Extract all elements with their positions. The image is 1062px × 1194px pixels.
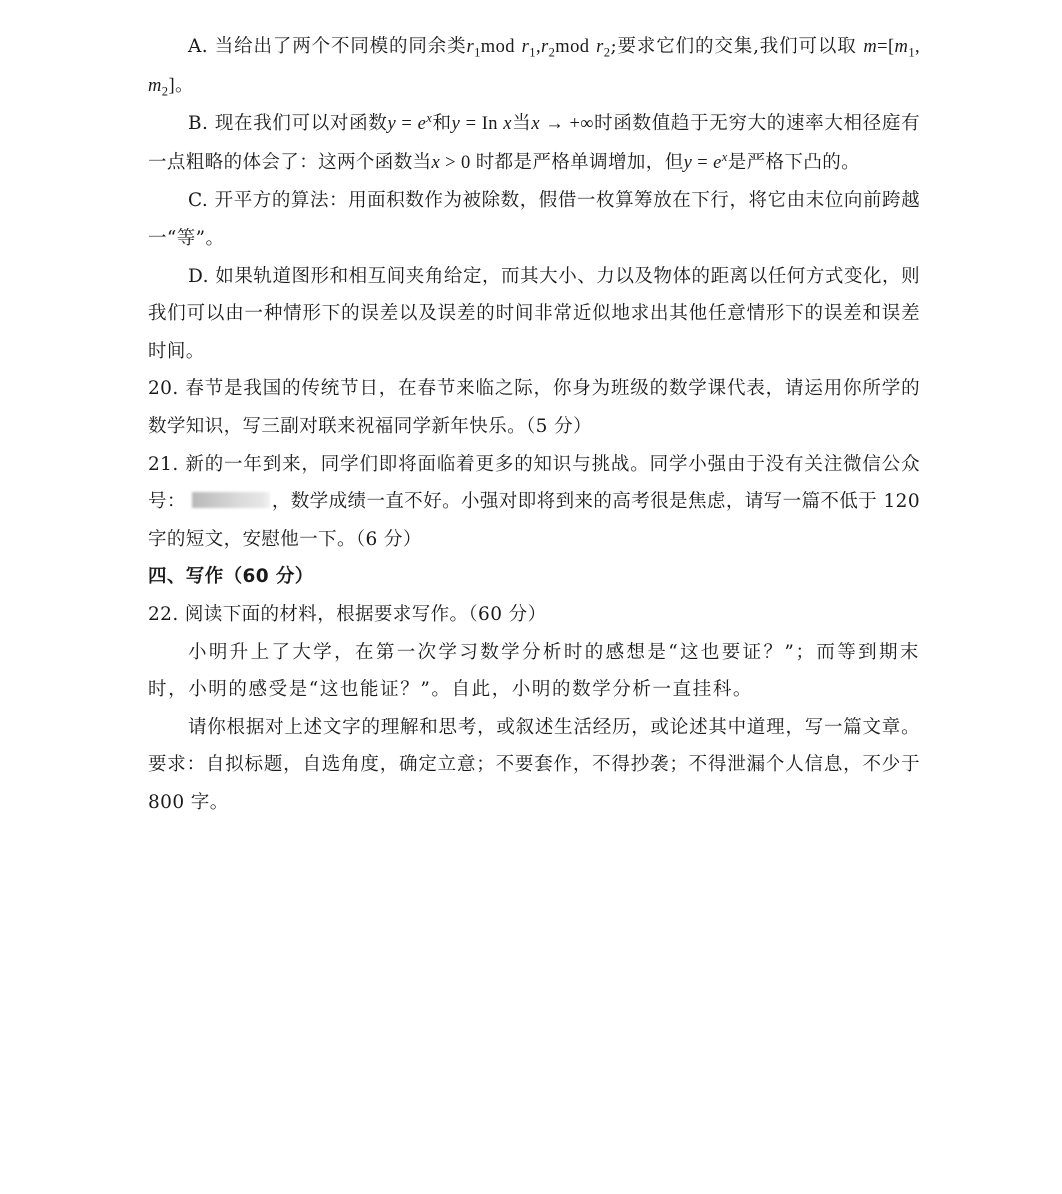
option-d-label: D. [188, 266, 209, 287]
math-x: x [503, 114, 512, 134]
math-sub: 1 [908, 46, 915, 60]
question-text: 阅读下面的材料，根据要求写作。（60 分） [185, 604, 547, 625]
option-c: C. 开平方的算法：用面积数作为被除数，假借一枚算筹放在下行，将它由末位向前跨越… [148, 182, 920, 257]
option-a-label: A. [188, 36, 208, 57]
math-mod: mod [481, 37, 515, 57]
math-eq: =[ [877, 37, 894, 57]
math-y: y [684, 153, 693, 173]
math-ln: = In [460, 114, 503, 134]
math-m1: m [895, 37, 909, 57]
option-d-text: 如果轨道图形和相互间夹角给定，而其大小、力以及物体的距离以任何方式变化，则我们可… [148, 266, 920, 362]
exam-page: A. 当给出了两个不同模的同余类r1mod r1,r2mod r2;要求它们的交… [148, 28, 920, 821]
question-number: 22. [148, 604, 179, 625]
math-r1: r [466, 37, 474, 57]
question-21: 21. 新的一年到来，同学们即将面临着更多的知识与挑战。同学小强由于没有关注微信… [148, 446, 920, 559]
option-c-text: 开平方的算法：用面积数作为被除数，假借一枚算筹放在下行，将它由末位向前跨越一“等… [148, 190, 920, 249]
option-b-text-5: 时都是严格单调增加，但 [476, 152, 684, 173]
option-a: A. 当给出了两个不同模的同余类r1mod r1,r2mod r2;要求它们的交… [148, 28, 920, 105]
math-mod: mod [555, 37, 589, 57]
question-number: 20. [148, 378, 179, 399]
question-text: 春节是我国的传统节日，在春节来临之际，你身为班级的数学课代表，请运用你所学的数学… [148, 378, 920, 437]
option-b-label: B. [188, 113, 208, 134]
math-r2: r [541, 37, 549, 57]
math-m2: m [148, 76, 162, 96]
math-arrow-infinity: → +∞ [540, 114, 594, 134]
option-b-text-3: 当 [512, 113, 531, 134]
math-gt-zero: > 0 [440, 153, 476, 173]
math-m: m [863, 37, 877, 57]
option-a-text: 当给出了两个不同模的同余类 [215, 36, 467, 57]
writing-material: 小明升上了大学，在第一次学习数学分析时的感想是“这也要证？”；而等到期末时，小明… [148, 634, 920, 709]
math-comma: , [915, 37, 920, 57]
question-22: 22. 阅读下面的材料，根据要求写作。（60 分） [148, 596, 920, 634]
writing-instructions: 请你根据对上述文字的理解和思考，或叙述生活经历，或论述其中道理，写一篇文章。要求… [148, 709, 920, 822]
math-x: x [531, 114, 540, 134]
option-b-text-6: 是严格下凸的。 [728, 152, 860, 173]
redacted-account-name [192, 492, 270, 508]
option-a-text-2: ;要求它们的交集,我们可以取 [610, 36, 856, 57]
math-x: x [432, 153, 441, 173]
math-sub: 1 [529, 46, 536, 60]
math-sub: 1 [474, 46, 481, 60]
math-eq: = [396, 114, 417, 134]
math-y: y [387, 114, 396, 134]
option-b-text-2: 和 [432, 113, 451, 134]
question-number: 21. [148, 454, 179, 475]
question-20: 20. 春节是我国的传统节日，在春节来临之际，你身为班级的数学课代表，请运用你所… [148, 370, 920, 445]
math-close: ]。 [168, 76, 193, 96]
option-b-text: 现在我们可以对函数 [215, 113, 388, 134]
option-d: D. 如果轨道图形和相互间夹角给定，而其大小、力以及物体的距离以任何方式变化，则… [148, 258, 920, 371]
math-r2: r [596, 37, 604, 57]
math-y: y [452, 114, 461, 134]
option-b: B. 现在我们可以对函数y = ex和y = In x当x → +∞时函数值趋于… [148, 105, 920, 182]
section-heading: 四、写作（60 分） [148, 558, 920, 596]
math-e: e [713, 153, 722, 173]
math-eq: = [692, 153, 713, 173]
math-e: e [418, 114, 427, 134]
option-c-label: C. [188, 190, 208, 211]
